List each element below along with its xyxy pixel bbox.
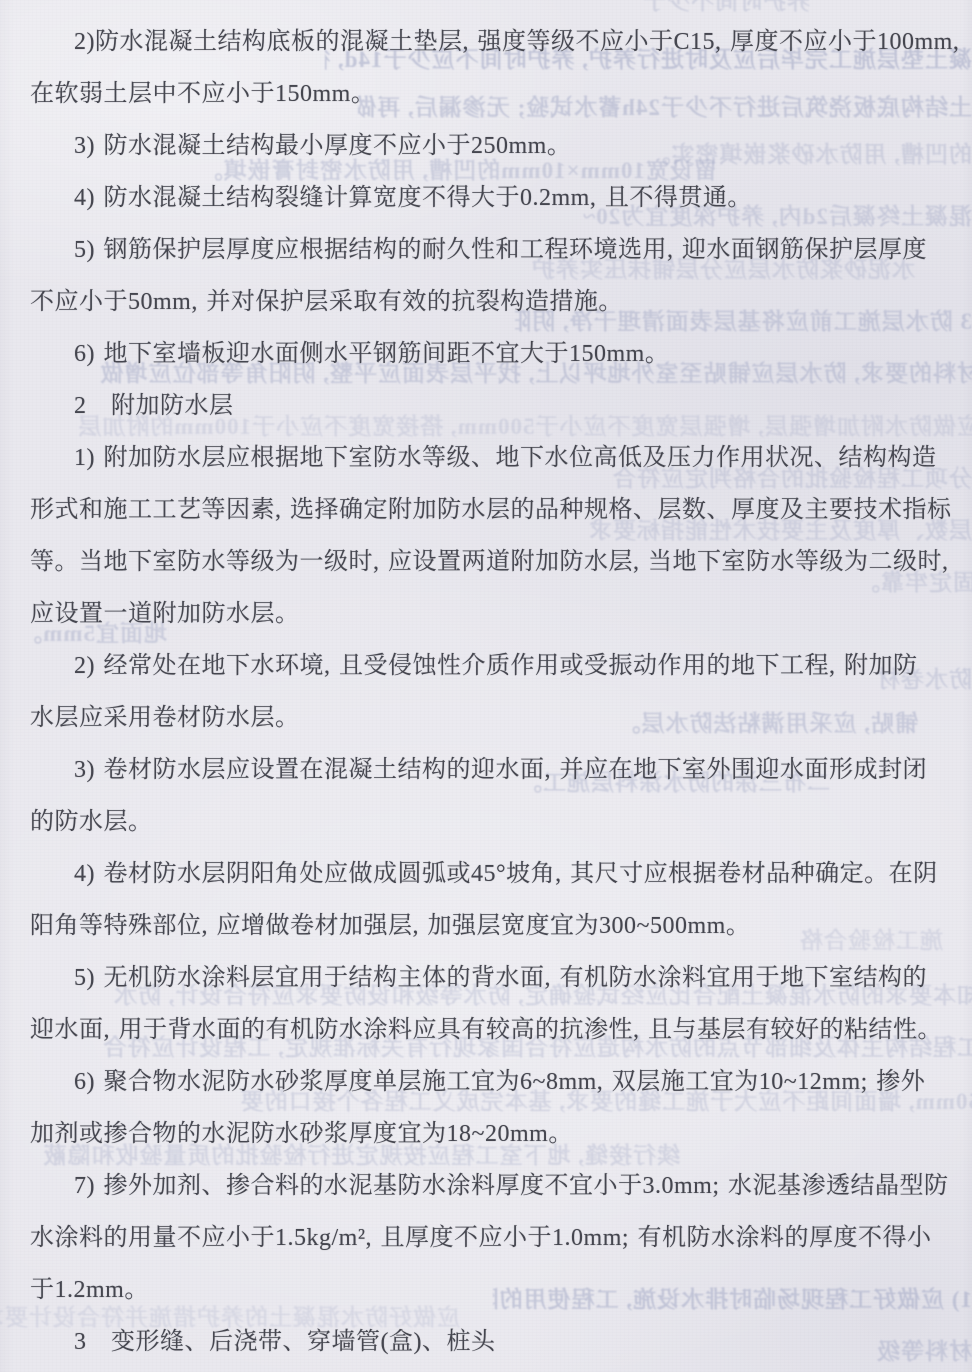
text-line: 迎水面, 用于背水面的有机防水涂料应具有较高的抗渗性, 且与基层有较好的粘结性。 — [30, 1004, 972, 1056]
text-line: 5) 无机防水涂料层宜用于结构主体的背水面, 有机防水涂料宜用于地下室结构的 — [30, 952, 972, 1004]
text-line: 6) 聚合物水泥防水砂浆厚度单层施工宜为6~8mm, 双层施工宜为10~12mm… — [30, 1056, 972, 1108]
text-line: 7) 掺外加剂、掺合料的水泥基防水涂料厚度不宜小于3.0mm; 水泥基渗透结晶型… — [30, 1160, 972, 1212]
text-line: 1) 附加防水层应根据地下室防水等级、地下水位高低及压力作用状况、结构构造 — [30, 432, 972, 484]
scanned-page: { "page": { "background_color": "#e9e8ee… — [0, 0, 972, 1372]
text-line: 3) 卷材防水层应设置在混凝土结构的迎水面, 并应在地下室外围迎水面形成封闭 — [30, 744, 972, 796]
text-line: 应设置一道附加防水层。 — [30, 588, 972, 640]
text-line: 形式和施工工艺等因素, 选择确定附加防水层的品种规格、层数、厚度及主要技术指标 — [30, 484, 972, 536]
text-line: 4) 卷材防水层阴阳角处应做成圆弧或45°坡角, 其尺寸应根据卷材品种确定。在阴 — [30, 848, 972, 900]
text-line: 5) 钢筋保护层厚度应根据结构的耐久性和工程环境选用, 迎水面钢筋保护层厚度 — [30, 224, 972, 276]
text-line: 6) 地下室墙板迎水面侧水平钢筋间距不宜大于150mm。 — [30, 328, 972, 380]
text-line: 加剂或掺合物的水泥防水砂浆厚度宜为18~20mm。 — [30, 1108, 972, 1160]
text-line: 等。当地下室防水等级为一级时, 应设置两道附加防水层, 当地下室防水等级为二级时… — [30, 536, 972, 588]
section-heading: 2 附加防水层 — [30, 380, 972, 432]
text-line: 在软弱土层中不应小于150mm。 — [30, 68, 972, 120]
text-line: 2)防水混凝土结构底板的混凝土垫层, 强度等级不应小于C15, 厚度不应小于10… — [30, 16, 972, 68]
text-line: 阳角等特殊部位, 应增做卷材加强层, 加强层宽度宜为300~500mm。 — [30, 900, 972, 952]
text-line: 不应小于50mm, 并对保护层采取有效的抗裂构造措施。 — [30, 276, 972, 328]
text-line: 水涂料的用量不应小于1.5kg/m², 且厚度不应小于1.0mm; 有机防水涂料… — [30, 1212, 972, 1264]
text-line: 水层应采用卷材防水层。 — [30, 692, 972, 744]
text-line: 4) 防水混凝土结构裂缝计算宽度不得大于0.2mm, 且不得贯通。 — [30, 172, 972, 224]
text-line: 于1.2mm。 — [30, 1264, 972, 1316]
text-line: 的防水层。 — [30, 796, 972, 848]
section-heading: 3 变形缝、后浇带、穿墙管(盒)、桩头 — [30, 1316, 972, 1368]
document-text: 2)防水混凝土结构底板的混凝土垫层, 强度等级不应小于C15, 厚度不应小于10… — [30, 16, 972, 1368]
text-line: 2) 经常处在地下水环境, 且受侵蚀性介质作用或受振动作用的地下工程, 附加防 — [30, 640, 972, 692]
text-line: 3) 防水混凝土结构最小厚度不应小于250mm。 — [30, 120, 972, 172]
